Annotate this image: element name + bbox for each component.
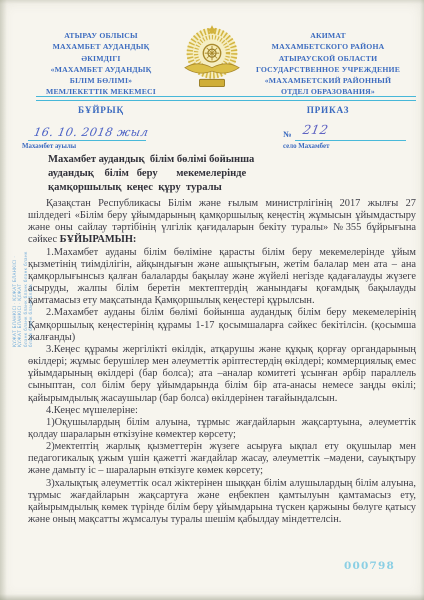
order-place-russian: село Махамбет: [283, 143, 329, 150]
order-body: Қазақстан Республикасы Білім және ғылым …: [28, 198, 416, 526]
body-paragraph: 4.Кеңес мүшелеріне:: [28, 405, 416, 417]
order-heading-russian: ПРИКАЗ: [238, 105, 418, 115]
body-paragraph: 3)халықтық әлеуметтік осал жіктерінен шы…: [28, 478, 416, 527]
body-paragraph: 1)Оқушылардың білім алуына, тұрмыс жағда…: [28, 417, 416, 441]
kazakhstan-emblem-icon: [181, 23, 243, 93]
scan-edge-top: [0, 0, 424, 4]
body-paragraph: Қазақстан Республикасы Білім және ғылым …: [28, 198, 416, 247]
body-paragraph: 1.Махамбет ауданы білім бөліміне қарасты…: [28, 247, 416, 308]
order-number-label: №: [283, 129, 292, 139]
order-title: Махамбет аудандық білім бөлімі бойынша а…: [48, 153, 328, 196]
security-microprint: ҚҰЖАТ БЛАНКІСІ · ҚҰЖАТ БЛАНКІСІ · ҚҰЖАТ …: [12, 250, 34, 347]
body-paragraph: 3.Кеңес құрамы жергілікті өкілдік, атқар…: [28, 344, 416, 405]
scanned-order-page: АТЫРАУ ОБЛЫСЫ МАХАМБЕТ АУДАНДЫҚ ӘКІМДІГІ…: [0, 0, 424, 600]
order-heading-kazakh: БҰЙРЫҚ: [24, 105, 178, 115]
order-date-handwritten: 16. 10. 2018 жыл: [33, 125, 150, 139]
scan-edge-right: [420, 0, 424, 600]
org-name-kazakh: АТЫРАУ ОБЛЫСЫ МАХАМБЕТ АУДАНДЫҚ ӘКІМДІГІ…: [24, 30, 178, 98]
scan-edge-bottom: [0, 594, 424, 600]
date-underline: [28, 140, 146, 141]
order-number-handwritten: 212: [302, 122, 330, 137]
number-underline: [295, 140, 406, 141]
scan-edge-left: [0, 0, 7, 600]
body-paragraph: 2)мектептің жарлық қызметтерін жүзеге ас…: [28, 441, 416, 477]
org-name-russian: АКИМАТ МАХАМБЕТСКОГО РАЙОНА АТЫРАУСКОЙ О…: [238, 30, 418, 98]
header-double-divider: [36, 96, 416, 101]
order-place-kazakh: Махамбет ауылы: [22, 143, 76, 150]
serial-number: 000798: [344, 560, 395, 572]
body-paragraph: 2.Махамбет ауданы білім бөлімі бойынша а…: [28, 307, 416, 343]
